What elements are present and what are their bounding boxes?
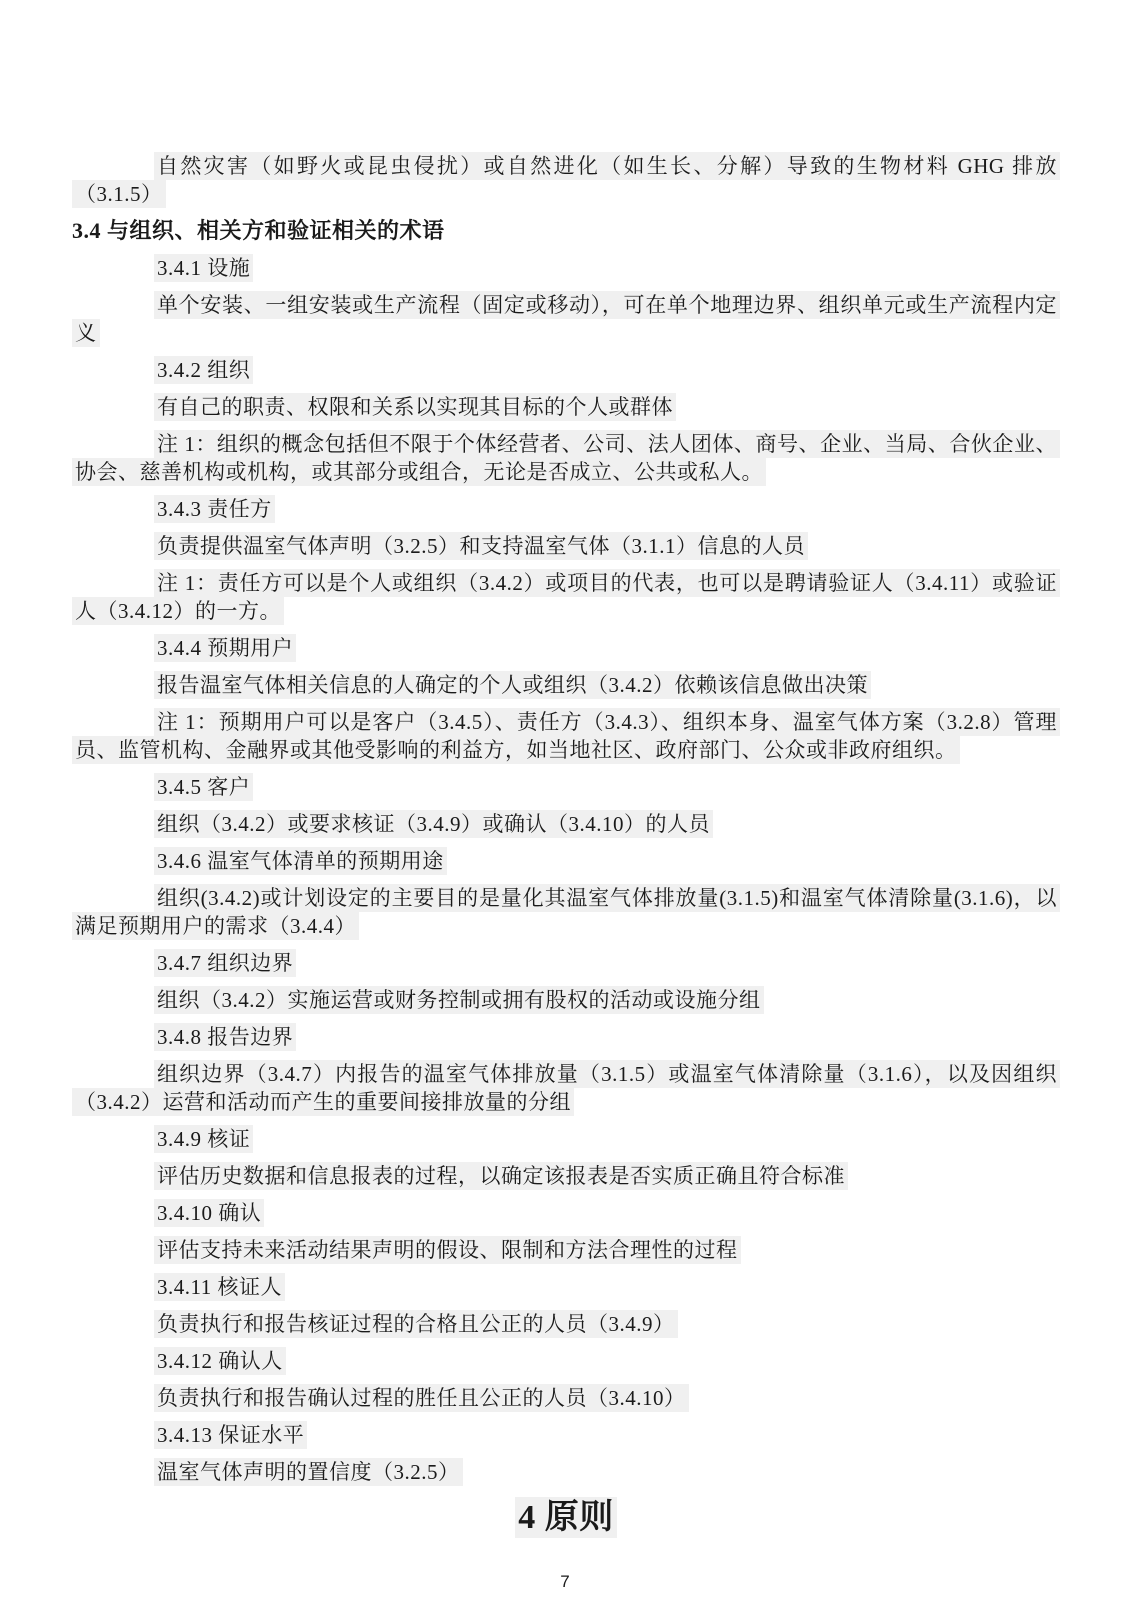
paragraph: 组织（3.4.2）或要求核证（3.4.9）或确认（3.4.10）的人员 <box>72 810 1060 838</box>
paragraph-text: 3.4.13 保证水平 <box>154 1421 307 1449</box>
note-paragraph: 注 1：责任方可以是个人或组织（3.4.2）或项目的代表，也可以是聘请验证人（3… <box>72 569 1060 625</box>
paragraph: 组织(3.4.2)或计划设定的主要目的是量化其温室气体排放量(3.1.5)和温室… <box>72 884 1060 940</box>
term-heading-3-4-4: 3.4.4 预期用户 <box>72 634 1060 662</box>
paragraph: 温室气体声明的置信度（3.2.5） <box>72 1458 1060 1486</box>
paragraph: 自然灾害（如野火或昆虫侵扰）或自然进化（如生长、分解）导致的生物材料 GHG 排… <box>72 152 1060 208</box>
paragraph-text: 组织（3.4.2）实施运营或财务控制或拥有股权的活动或设施分组 <box>154 986 764 1014</box>
document-content: 自然灾害（如野火或昆虫侵扰）或自然进化（如生长、分解）导致的生物材料 GHG 排… <box>72 152 1060 1541</box>
paragraph-text: 3.4.1 设施 <box>154 254 253 282</box>
paragraph-text: 3.4.5 客户 <box>154 773 253 801</box>
paragraph: 有自己的职责、权限和关系以实现其目标的个人或群体 <box>72 393 1060 421</box>
chapter-heading-4: 4 原则 <box>72 1495 1060 1541</box>
paragraph-text: 3.4.7 组织边界 <box>154 949 296 977</box>
term-heading-3-4-3: 3.4.3 责任方 <box>72 495 1060 523</box>
paragraph-text: 有自己的职责、权限和关系以实现其目标的个人或群体 <box>154 393 676 421</box>
paragraph-text: 3.4.11 核证人 <box>154 1273 285 1301</box>
term-heading-3-4-1: 3.4.1 设施 <box>72 254 1060 282</box>
paragraph: 负责执行和报告确认过程的胜任且公正的人员（3.4.10） <box>72 1384 1060 1412</box>
page-number: 7 <box>0 1572 1130 1592</box>
note-paragraph: 注 1：组织的概念包括但不限于个体经营者、公司、法人团体、商号、企业、当局、合伙… <box>72 430 1060 486</box>
paragraph: 组织边界（3.4.7）内报告的温室气体排放量（3.1.5）或温室气体清除量（3.… <box>72 1060 1060 1116</box>
paragraph-text: 评估支持未来活动结果声明的假设、限制和方法合理性的过程 <box>154 1236 741 1264</box>
paragraph: 报告温室气体相关信息的人确定的个人或组织（3.4.2）依赖该信息做出决策 <box>72 671 1060 699</box>
term-heading-3-4-9: 3.4.9 核证 <box>72 1125 1060 1153</box>
term-heading-3-4-10: 3.4.10 确认 <box>72 1199 1060 1227</box>
section-heading-3-4: 3.4 与组织、相关方和验证相关的术语 <box>72 217 1060 245</box>
paragraph: 单个安装、一组安装或生产流程（固定或移动），可在单个地理边界、组织单元或生产流程… <box>72 291 1060 347</box>
paragraph-text: 3.4.8 报告边界 <box>154 1023 296 1051</box>
paragraph-text: 组织(3.4.2)或计划设定的主要目的是量化其温室气体排放量(3.1.5)和温室… <box>72 884 1060 940</box>
term-heading-3-4-7: 3.4.7 组织边界 <box>72 949 1060 977</box>
heading-text: 3.4 与组织、相关方和验证相关的术语 <box>72 218 445 243</box>
term-heading-3-4-6: 3.4.6 温室气体清单的预期用途 <box>72 847 1060 875</box>
paragraph-text: 3.4.2 组织 <box>154 356 253 384</box>
paragraph-text: 负责执行和报告确认过程的胜任且公正的人员（3.4.10） <box>154 1384 689 1412</box>
paragraph-text: 3.4.12 确认人 <box>154 1347 286 1375</box>
paragraph-text: 单个安装、一组安装或生产流程（固定或移动），可在单个地理边界、组织单元或生产流程… <box>72 291 1060 347</box>
term-heading-3-4-8: 3.4.8 报告边界 <box>72 1023 1060 1051</box>
paragraph-text: 报告温室气体相关信息的人确定的个人或组织（3.4.2）依赖该信息做出决策 <box>154 671 871 699</box>
paragraph: 组织（3.4.2）实施运营或财务控制或拥有股权的活动或设施分组 <box>72 986 1060 1014</box>
paragraph: 评估历史数据和信息报表的过程，以确定该报表是否实质正确且符合标准 <box>72 1162 1060 1190</box>
term-heading-3-4-2: 3.4.2 组织 <box>72 356 1060 384</box>
term-heading-3-4-13: 3.4.13 保证水平 <box>72 1421 1060 1449</box>
paragraph-text: 温室气体声明的置信度（3.2.5） <box>154 1458 463 1486</box>
term-heading-3-4-12: 3.4.12 确认人 <box>72 1347 1060 1375</box>
paragraph-text: 注 1：预期用户可以是客户（3.4.5）、责任方（3.4.3）、组织本身、温室气… <box>72 708 1060 764</box>
paragraph-text: 3.4.6 温室气体清单的预期用途 <box>154 847 447 875</box>
paragraph-text: 负责提供温室气体声明（3.2.5）和支持温室气体（3.1.1）信息的人员 <box>154 532 808 560</box>
paragraph-text: 组织边界（3.4.7）内报告的温室气体排放量（3.1.5）或温室气体清除量（3.… <box>72 1060 1060 1116</box>
paragraph-text: 3.4.10 确认 <box>154 1199 264 1227</box>
paragraph-text: 注 1：组织的概念包括但不限于个体经营者、公司、法人团体、商号、企业、当局、合伙… <box>72 430 1060 486</box>
paragraph-text: 3.4.4 预期用户 <box>154 634 296 662</box>
term-heading-3-4-5: 3.4.5 客户 <box>72 773 1060 801</box>
paragraph-text: 自然灾害（如野火或昆虫侵扰）或自然进化（如生长、分解）导致的生物材料 GHG 排… <box>72 152 1060 208</box>
note-paragraph: 注 1：预期用户可以是客户（3.4.5）、责任方（3.4.3）、组织本身、温室气… <box>72 708 1060 764</box>
paragraph-text: 组织（3.4.2）或要求核证（3.4.9）或确认（3.4.10）的人员 <box>154 810 713 838</box>
paragraph: 评估支持未来活动结果声明的假设、限制和方法合理性的过程 <box>72 1236 1060 1264</box>
paragraph-text: 注 1：责任方可以是个人或组织（3.4.2）或项目的代表，也可以是聘请验证人（3… <box>72 569 1060 625</box>
paragraph-text: 评估历史数据和信息报表的过程，以确定该报表是否实质正确且符合标准 <box>154 1162 848 1190</box>
heading-text: 4 原则 <box>515 1497 617 1538</box>
paragraph-text: 3.4.3 责任方 <box>154 495 275 523</box>
paragraph-text: 负责执行和报告核证过程的合格且公正的人员（3.4.9） <box>154 1310 678 1338</box>
paragraph: 负责执行和报告核证过程的合格且公正的人员（3.4.9） <box>72 1310 1060 1338</box>
paragraph: 负责提供温室气体声明（3.2.5）和支持温室气体（3.1.1）信息的人员 <box>72 532 1060 560</box>
term-heading-3-4-11: 3.4.11 核证人 <box>72 1273 1060 1301</box>
paragraph-text: 3.4.9 核证 <box>154 1125 253 1153</box>
document-page: 自然灾害（如野火或昆虫侵扰）或自然进化（如生长、分解）导致的生物材料 GHG 排… <box>0 0 1130 1600</box>
